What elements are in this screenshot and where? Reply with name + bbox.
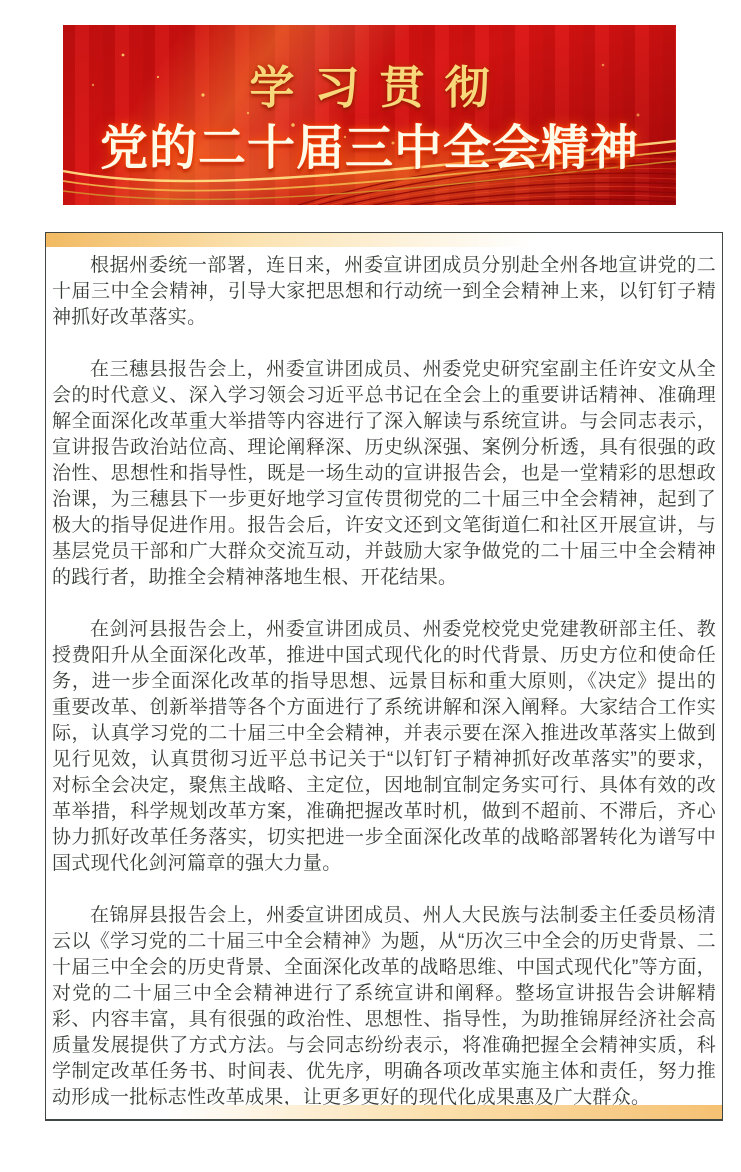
article-body: 根据州委统一部署，连日来，州委宣讲团成员分别赴全州各地宣讲党的二十届三中全会精神… (46, 247, 722, 1111)
banner-title-line2: 党的二十届三中全会精神 (63, 109, 676, 178)
banner-image: 学习贯彻 党的二十届三中全会精神 (63, 25, 676, 205)
article-panel: 根据州委统一部署，连日来，州委宣讲团成员分别赴全州各地宣讲党的二十届三中全会精神… (45, 232, 723, 1121)
gold-strip-bottom (46, 1105, 722, 1119)
banner-title-line1: 学习贯彻 (63, 51, 676, 116)
paragraph-sansui: 在三穗县报告会上，州委宣讲团成员、州委党史研究室副主任许安文从全会的时代意义、深… (52, 357, 716, 591)
gold-strip-top (46, 233, 722, 247)
paragraph-intro: 根据州委统一部署，连日来，州委宣讲团成员分别赴全州各地宣讲党的二十届三中全会精神… (52, 253, 716, 331)
paragraph-jianhe: 在剑河县报告会上，州委宣讲团成员、州委党校党史党建教研部主任、教授费阳升从全面深… (52, 617, 716, 877)
paragraph-jinping: 在锦屏县报告会上，州委宣讲团成员、州人大民族与法制委主任委员杨清云以《学习党的二… (52, 903, 716, 1111)
